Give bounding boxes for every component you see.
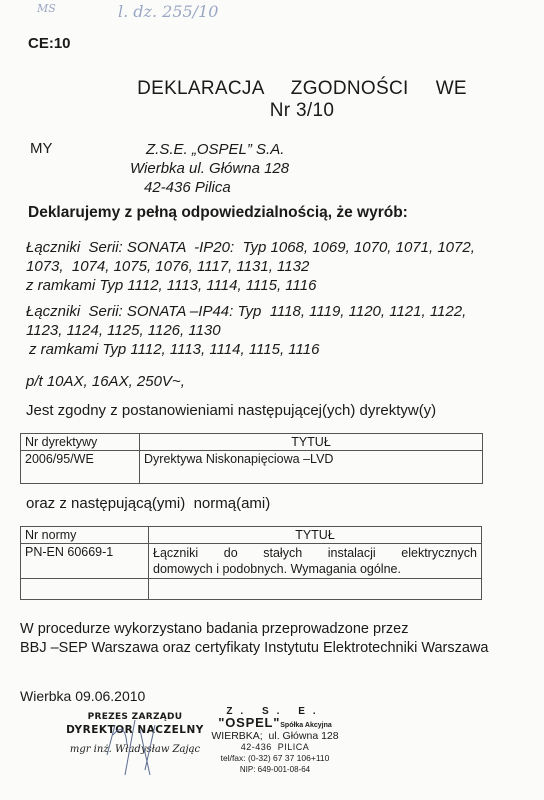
issuer-label: MY [30, 140, 53, 157]
document-title: DEKLARACJA ZGODNOŚCI WE Nr 3/10 [0, 78, 544, 122]
table-cell: PN-EN 60669-1 [21, 544, 149, 579]
table-header-cell: TYTUŁ [149, 527, 482, 544]
stamp-nip: NIP: 649-001-08-64 [200, 764, 350, 775]
handwritten-signature-icon [95, 715, 175, 785]
stamp-city: 42-436 PILICA [200, 742, 350, 753]
handwritten-initials: MS [37, 2, 56, 15]
table-cell: Łączniki do stałych instalacji elektrycz… [149, 544, 482, 579]
table-header-row: Nr normy TYTUŁ [21, 527, 482, 544]
standards-intro: oraz z następującą(ymi) normą(ami) [26, 495, 270, 512]
table-row: PN-EN 60669-1 Łączniki do stałych instal… [21, 544, 482, 579]
table-header-row: Nr dyrektywy TYTUŁ [21, 434, 483, 451]
procedure-line: W procedurze wykorzystano badania przepr… [20, 620, 488, 639]
title-line: DEKLARACJA ZGODNOŚCI WE [0, 78, 544, 100]
procedure-line: BBJ –SEP Warszawa oraz certyfikaty Insty… [20, 639, 488, 658]
directives-table: Nr dyrektywy TYTUŁ 2006/95/WE Dyrektywa … [20, 433, 483, 484]
company-stamp: Z. S. E. "OSPEL"Spółka Akcyjna WIERBKA; … [200, 706, 350, 775]
standard-title-line: domowych i podobnych. Wymagania ogólne. [153, 562, 401, 576]
product-line: Łączniki Serii: SONATA -IP20: Typ 1068, … [26, 238, 475, 257]
stamp-legal-form: Spółka Akcyjna [280, 722, 332, 729]
stamp-address: WIERBKA; ul. Główna 128 [200, 731, 350, 742]
product-series-ip20: Łączniki Serii: SONATA -IP20: Typ 1068, … [26, 238, 475, 295]
directives-intro: Jest zgodny z postanowieniami następując… [26, 402, 436, 419]
stamp-phone: tel/fax: (0-32) 67 37 106+110 [200, 753, 350, 764]
table-row [21, 579, 482, 600]
product-line: z ramkami Typ 1112, 1113, 1114, 1115, 11… [26, 340, 466, 359]
document-code: CE:10 [28, 35, 71, 52]
declaration-number: Nr 3/10 [0, 100, 544, 122]
standard-title-line: Łączniki do stałych instalacji elektrycz… [153, 545, 477, 561]
place-and-date: Wierbka 09.06.2010 [20, 688, 145, 704]
company-street: Wierbka ul. Główna 128 [130, 159, 289, 178]
product-line: 1073, 1074, 1075, 1076, 1117, 1131, 1132 [26, 257, 475, 276]
handwritten-registry-note: l. dz. 255/10 [118, 2, 218, 21]
issuer-address: Z.S.E. „OSPEL” S.A. Wierbka ul. Główna 1… [130, 140, 289, 197]
table-cell [149, 579, 482, 600]
table-header-cell: Nr normy [21, 527, 149, 544]
table-cell [21, 579, 149, 600]
standards-table: Nr normy TYTUŁ PN-EN 60669-1 Łączniki do… [20, 526, 482, 600]
table-header-cell: Nr dyrektywy [21, 434, 140, 451]
company-city: 42-436 Pilica [130, 178, 289, 197]
product-line: 1123, 1124, 1125, 1126, 1130 [26, 321, 466, 340]
product-line: z ramkami Typ 1112, 1113, 1114, 1115, 11… [26, 276, 475, 295]
declaration-statement: Deklarujemy z pełną odpowiedzialnością, … [28, 204, 408, 222]
table-header-cell: TYTUŁ [140, 434, 483, 451]
company-name: Z.S.E. „OSPEL” S.A. [130, 140, 289, 159]
table-cell: 2006/95/WE [21, 451, 140, 484]
electrical-rating: p/t 10AX, 16AX, 250V~, [26, 373, 185, 390]
product-series-ip44: Łączniki Serii: SONATA –IP44: Typ 1118, … [26, 302, 466, 359]
table-cell: Dyrektywa Niskonapięciowa –LVD [140, 451, 483, 484]
stamp-name: "OSPEL" [218, 715, 280, 730]
table-row: 2006/95/WE Dyrektywa Niskonapięciowa –LV… [21, 451, 483, 484]
stamp-company-name: "OSPEL"Spółka Akcyjna [200, 717, 350, 731]
product-line: Łączniki Serii: SONATA –IP44: Typ 1118, … [26, 302, 466, 321]
procedure-note: W procedurze wykorzystano badania przepr… [20, 620, 488, 658]
